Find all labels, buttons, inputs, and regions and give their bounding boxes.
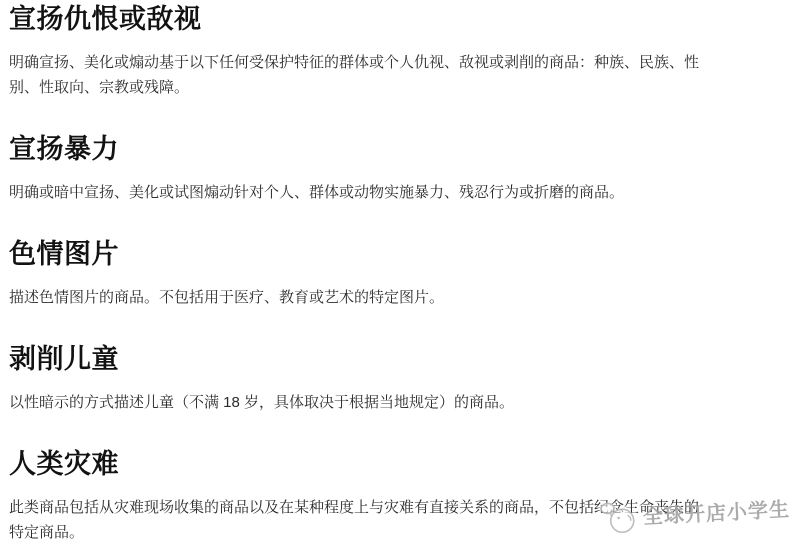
section-heading: 宣扬仇恨或敌视 (9, 4, 781, 34)
section-paragraph: 明确或暗中宣扬、美化或试图煽动针对个人、群体或动物实施暴力、残忍行为或折磨的商品… (9, 180, 781, 205)
policy-document: 宣扬仇恨或敌视 明确宣扬、美化或煽动基于以下任何受保护特征的群体或个人仇视、敌视… (0, 0, 789, 545)
section-heading: 色情图片 (9, 239, 781, 269)
section-paragraph: 明确宣扬、美化或煽动基于以下任何受保护特征的群体或个人仇视、敌视或剥削的商品：种… (9, 50, 781, 100)
paragraph-line: 明确宣扬、美化或煽动基于以下任何受保护特征的群体或个人仇视、敌视或剥削的商品：种… (9, 50, 781, 75)
paragraph-line: 特定商品。 (9, 520, 781, 545)
paragraph-line: 明确或暗中宣扬、美化或试图煽动针对个人、群体或动物实施暴力、残忍行为或折磨的商品… (9, 180, 781, 205)
paragraph-line: 以性暗示的方式描述儿童（不满 18 岁，具体取决于根据当地规定）的商品。 (9, 390, 781, 415)
section-promote-hatred: 宣扬仇恨或敌视 明确宣扬、美化或煽动基于以下任何受保护特征的群体或个人仇视、敌视… (9, 4, 781, 100)
paragraph-line: 描述色情图片的商品。不包括用于医疗、教育或艺术的特定图片。 (9, 285, 781, 310)
section-heading: 宣扬暴力 (9, 134, 781, 164)
section-paragraph: 描述色情图片的商品。不包括用于医疗、教育或艺术的特定图片。 (9, 285, 781, 310)
paragraph-line: 此类商品包括从灾难现场收集的商品以及在某种程度上与灾难有直接关系的商品，不包括纪… (9, 495, 781, 520)
section-heading: 人类灾难 (9, 449, 781, 479)
section-human-tragedies: 人类灾难 此类商品包括从灾难现场收集的商品以及在某种程度上与灾难有直接关系的商品… (9, 449, 781, 545)
section-promote-violence: 宣扬暴力 明确或暗中宣扬、美化或试图煽动针对个人、群体或动物实施暴力、残忍行为或… (9, 134, 781, 205)
section-paragraph: 此类商品包括从灾难现场收集的商品以及在某种程度上与灾难有直接关系的商品，不包括纪… (9, 495, 781, 545)
paragraph-line: 别、性取向、宗教或残障。 (9, 75, 781, 100)
section-paragraph: 以性暗示的方式描述儿童（不满 18 岁，具体取决于根据当地规定）的商品。 (9, 390, 781, 415)
section-heading: 剥削儿童 (9, 344, 781, 374)
section-child-exploitation: 剥削儿童 以性暗示的方式描述儿童（不满 18 岁，具体取决于根据当地规定）的商品… (9, 344, 781, 415)
section-pornographic-images: 色情图片 描述色情图片的商品。不包括用于医疗、教育或艺术的特定图片。 (9, 239, 781, 310)
